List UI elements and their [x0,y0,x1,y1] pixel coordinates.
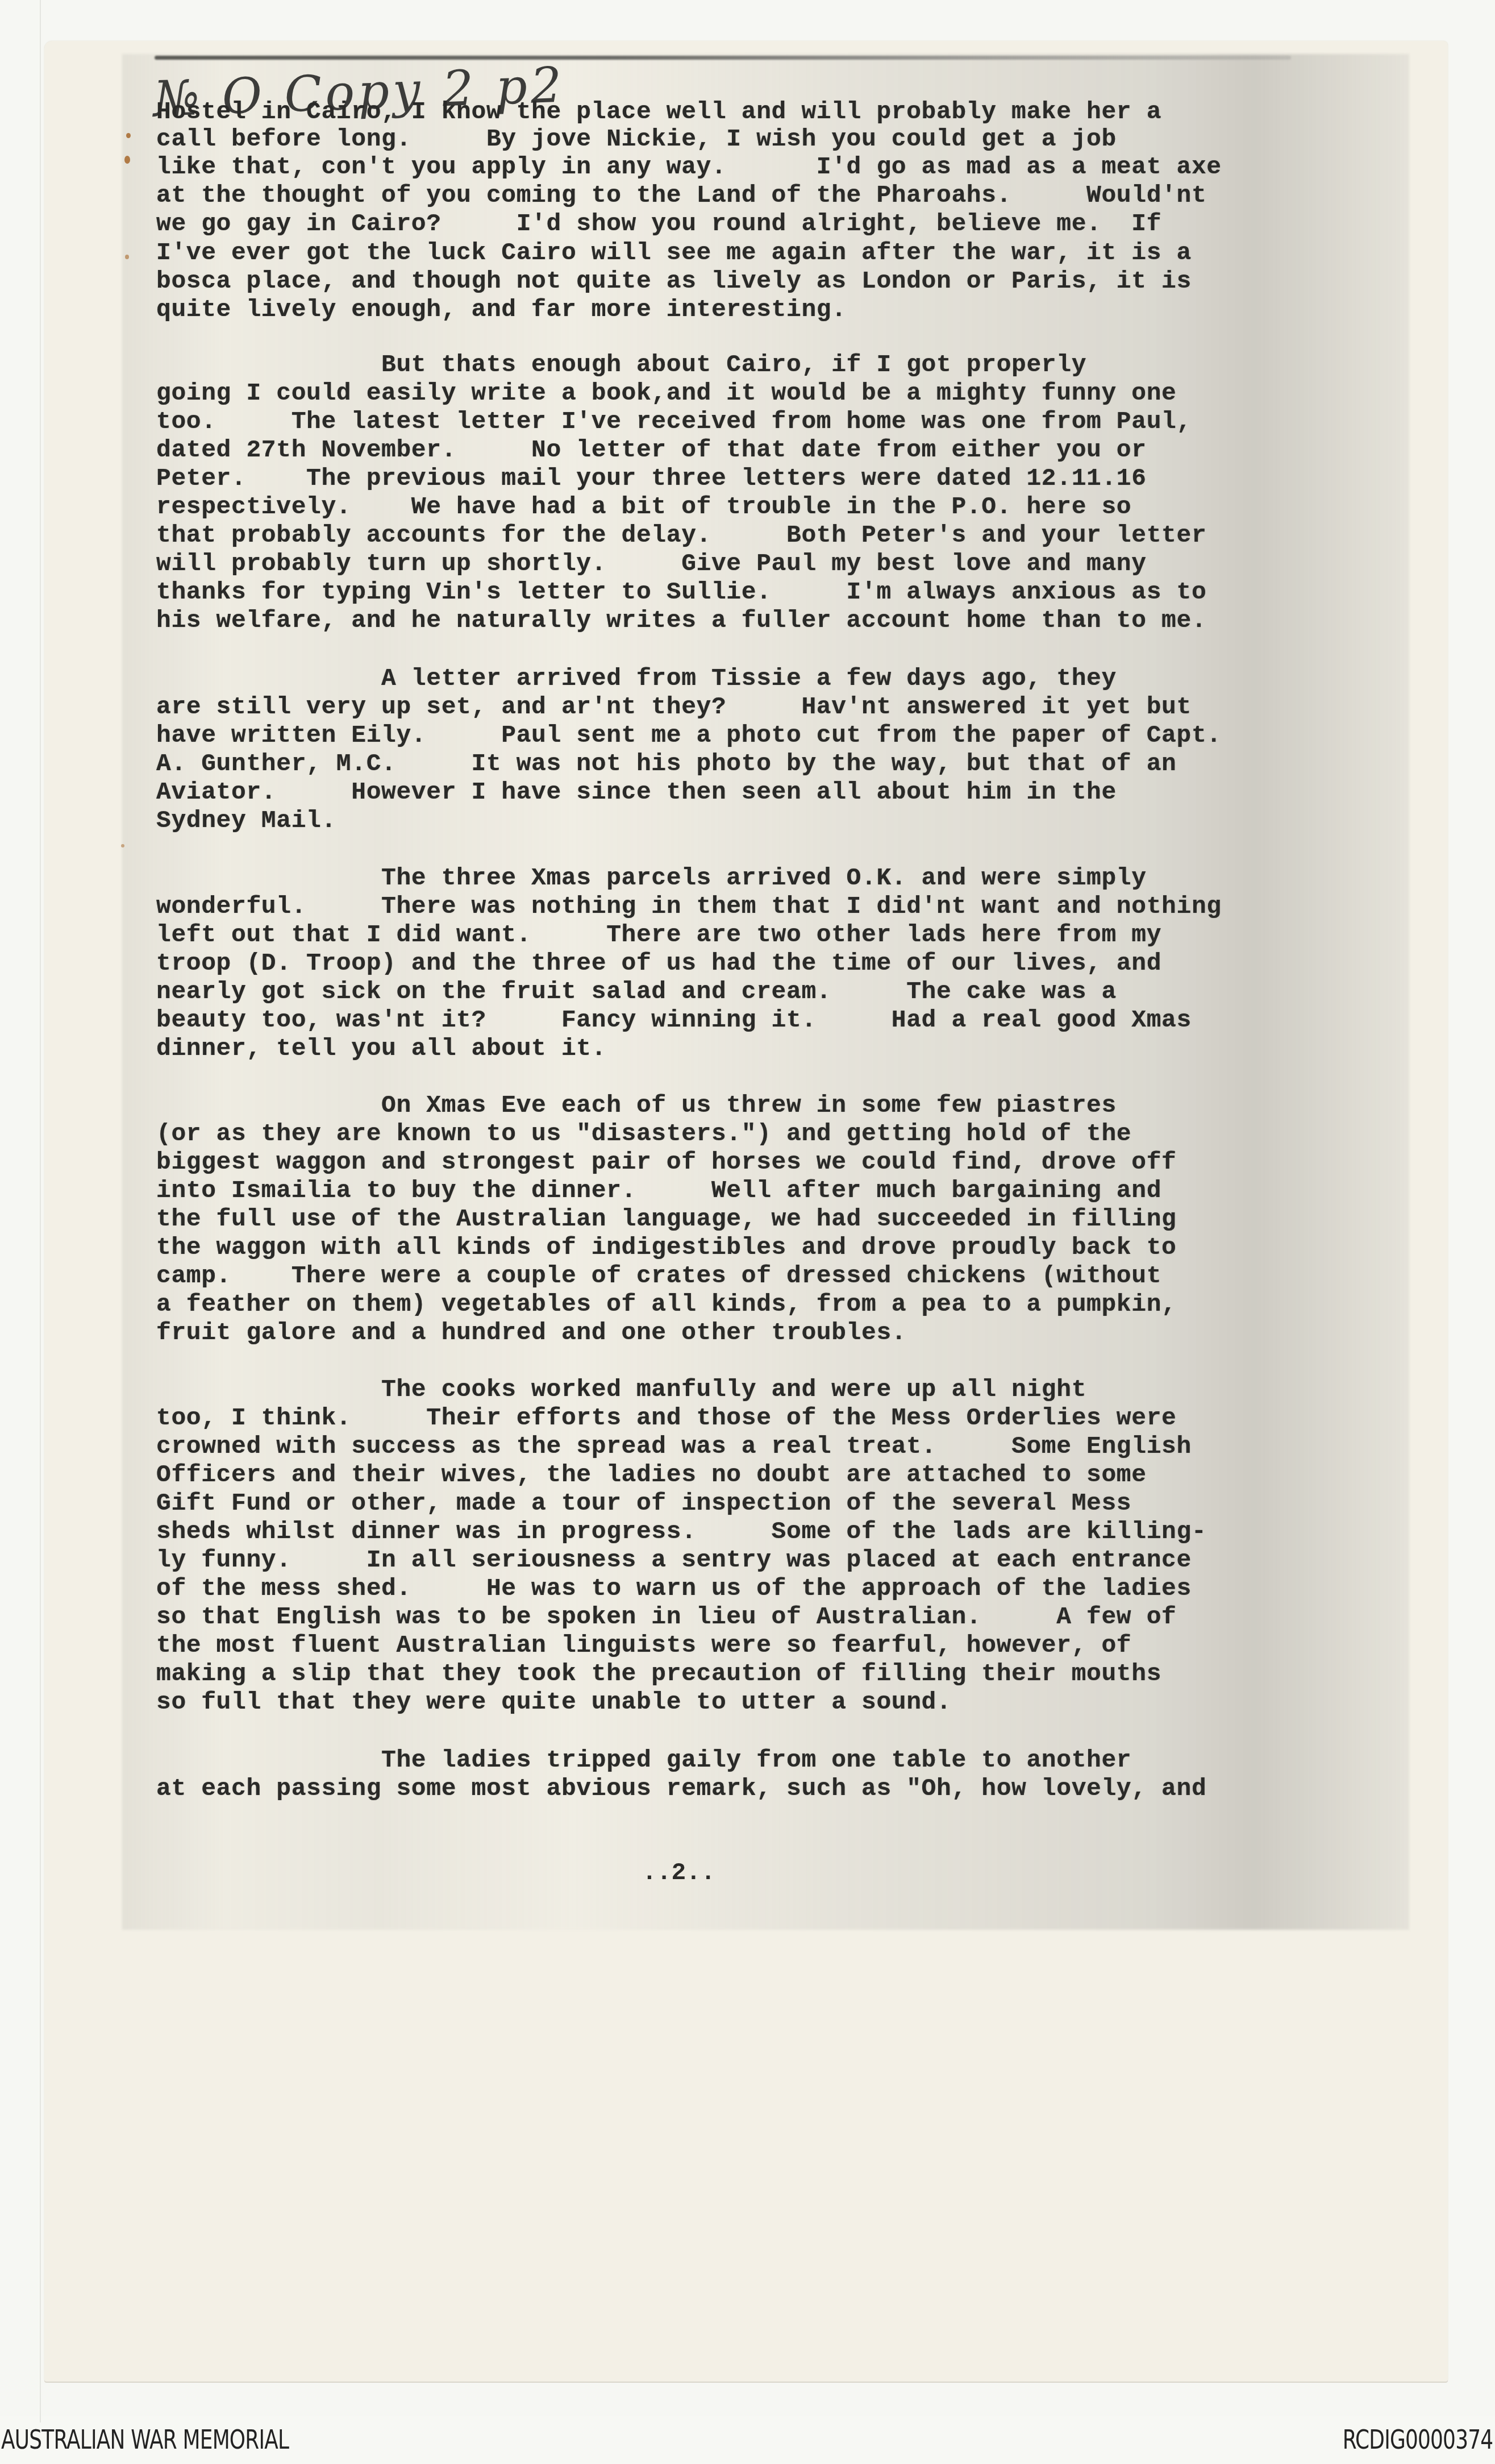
typed-line: bosca place, and though not quite as liv… [156,267,1192,296]
mount-edge [40,0,41,2423]
typed-line: fruit galore and a hundred and one other… [156,1319,906,1347]
typed-line: troop (D. Troop) and the three of us had… [156,949,1161,978]
top-rule-mark [155,56,1291,60]
typed-line: of the mess shed. He was to warn us of t… [156,1574,1192,1603]
typed-line: But thats enough about Cairo, if I got p… [156,351,1086,379]
typed-line: Peter. The previous mail your three lett… [156,464,1147,493]
typed-line: The ladies tripped gaily from one table … [156,1746,1131,1775]
typed-line: camp. There were a couple of crates of d… [156,1262,1161,1290]
typed-line: we go gay in Cairo? I'd show you round a… [156,210,1161,238]
typed-line: the full use of the Australian language,… [156,1205,1177,1233]
typed-line: ly funny. In all seriousness a sentry wa… [156,1546,1192,1574]
typed-line: have written Eily. Paul sent me a photo … [156,721,1222,750]
typed-line: The cooks worked manfully and were up al… [156,1376,1086,1404]
typed-line: too. The latest letter I've received fro… [156,408,1192,436]
typed-line: into Ismailia to buy the dinner. Well af… [156,1177,1161,1205]
typed-line: The three Xmas parcels arrived O.K. and … [156,864,1147,892]
rust-mark [124,156,130,164]
typed-line: A letter arrived from Tissie a few days … [156,664,1117,693]
typed-line: thanks for typing Vin's letter to Sullie… [156,578,1206,606]
typed-line: Hostel in Cairo, I know the place well a… [156,98,1161,126]
typed-line: the waggon with all kinds of indigestibl… [156,1233,1177,1262]
typed-line: quite lively enough, and far more intere… [156,296,847,324]
page-number: ..2.. [642,1859,715,1887]
typed-line: Officers and their wives, the ladies no … [156,1461,1147,1489]
typed-line: at the thought of you coming to the Land… [156,181,1206,210]
typed-line: will probably turn up shortly. Give Paul… [156,550,1147,578]
typed-line: left out that I did want. There are two … [156,921,1161,949]
typed-line: dinner, tell you all about it. [156,1034,606,1063]
typed-line: like that, con't you apply in any way. I… [156,153,1222,181]
typed-line: (or as they are known to us "disasters."… [156,1120,1131,1148]
institution-label: AUSTRALIAN WAR MEMORIAL [1,2424,289,2455]
typed-line: going I could easily write a book,and it… [156,379,1177,408]
typed-line: Sydney Mail. [156,807,336,835]
typed-line: sheds whilst dinner was in progress. Som… [156,1518,1206,1546]
typed-line: beauty too, was'nt it? Fancy winning it.… [156,1006,1192,1034]
typed-line: a feather on them) vegetables of all kin… [156,1290,1177,1319]
typed-line: Aviator. However I have since then seen … [156,778,1117,807]
typed-line: are still very up set, and ar'nt they? H… [156,693,1192,721]
typed-line: On Xmas Eve each of us threw in some few… [156,1091,1117,1120]
typed-line: A. Gunther, M.C. It was not his photo by… [156,750,1177,778]
rust-mark [121,844,124,847]
typed-line: call before long. By jove Nickie, I wish… [156,125,1117,153]
typed-line: too, I think. Their efforts and those of… [156,1404,1177,1432]
typed-line: so that English was to be spoken in lieu… [156,1603,1177,1631]
typed-line: at each passing some most abvious remark… [156,1775,1206,1803]
rust-mark [125,255,129,259]
typed-line: respectively. We have had a bit of troub… [156,493,1131,521]
typed-line: biggest waggon and strongest pair of hor… [156,1148,1177,1177]
typed-line: the most fluent Australian linguists wer… [156,1631,1131,1660]
typed-line: wonderful. There was nothing in them tha… [156,892,1222,921]
typed-line: Gift Fund or other, made a tour of inspe… [156,1489,1131,1518]
typed-line: that probably accounts for the delay. Bo… [156,521,1206,550]
typed-line: making a slip that they took the precaut… [156,1660,1161,1688]
typed-line: I've ever got the luck Cairo will see me… [156,239,1192,267]
typed-line: so full that they were quite unable to u… [156,1688,951,1717]
typed-line: dated 27th November. No letter of that d… [156,436,1147,464]
typed-line: nearly got sick on the fruit salad and c… [156,978,1117,1006]
rust-mark [126,133,131,138]
typed-line: his welfare, and he naturally writes a f… [156,606,1206,635]
record-id: RCDIG0000374 [1342,2424,1493,2455]
typed-line: crowned with success as the spread was a… [156,1432,1192,1461]
